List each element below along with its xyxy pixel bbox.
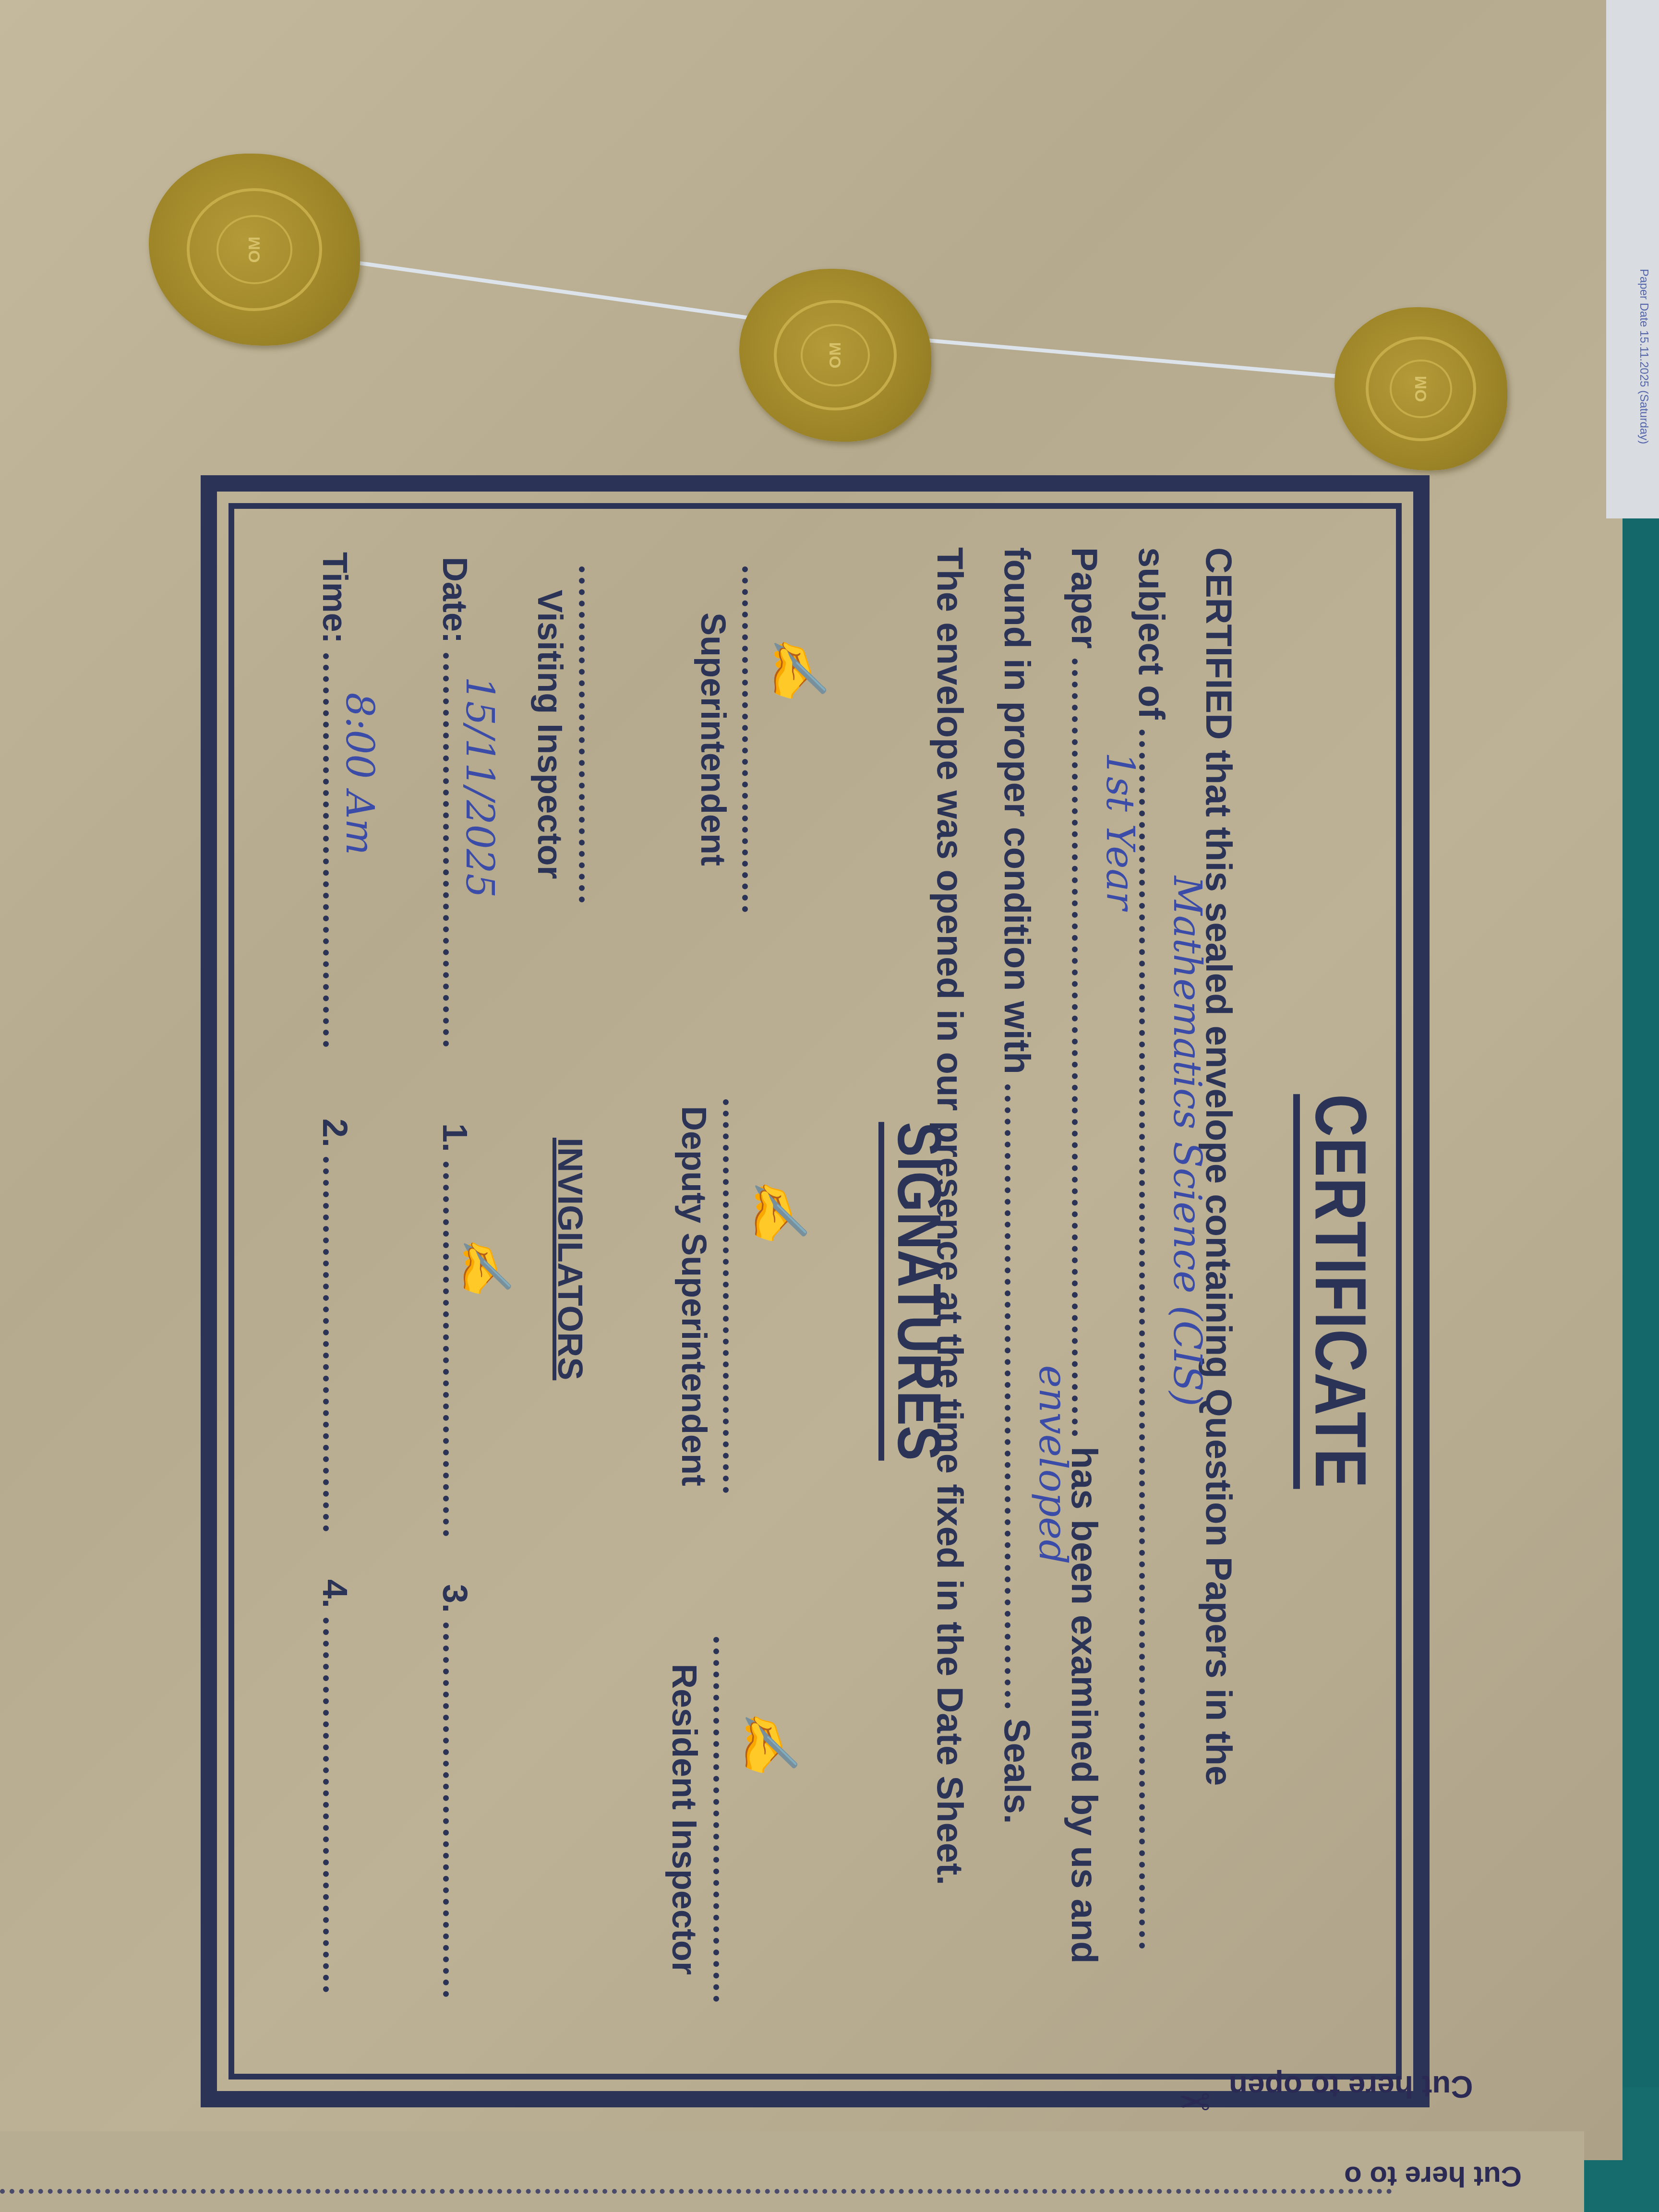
condition-line: found in proper condition with enveloped… [983, 547, 1050, 2035]
resident-inspector-signature[interactable]: ✍ Resident Inspector [664, 1637, 738, 2002]
superintendent-signature[interactable]: ✍ Superintendent [693, 566, 767, 912]
certificate-title: CERTIFICATE [1293, 475, 1377, 2107]
invigilator-number: 3. [435, 1584, 474, 1613]
time-value: 8:00 Am [337, 693, 382, 855]
invigilator-signature-line [323, 1618, 354, 1992]
deputy-superintendent-label: Deputy Superintendent [674, 1106, 713, 1486]
invigilator-signature-line: ✍ [443, 1162, 474, 1536]
subject-field[interactable]: Mathematics Science (CIS) [1139, 730, 1170, 1949]
date-value: 15/11/2025 [457, 676, 502, 898]
signature-scribble: ✍ [457, 1237, 514, 1297]
condition-label: found in proper condition with [997, 547, 1037, 1074]
signatures-title: SIGNATURES [878, 475, 950, 2107]
signature-scribble: ✍ [748, 1178, 810, 1244]
invigilators-heading: INVIGILATORS [550, 1138, 589, 1380]
invigilator-2[interactable]: 2. [315, 1118, 354, 1531]
invigilator-signature-line [323, 1157, 354, 1531]
date-row: Date: 15/11/2025 [435, 557, 474, 1046]
superintendent-label: Superintendent [694, 613, 732, 866]
signature-line [579, 566, 604, 902]
resident-inspector-label: Resident Inspector [665, 1664, 703, 1975]
visiting-inspector-label: Visiting Inspector [530, 590, 569, 879]
invigilator-signature-line [443, 1623, 474, 1997]
cut-here-label: Cut here to open [1229, 2069, 1473, 2104]
invigilator-number: 4. [315, 1579, 354, 1608]
condition-field[interactable]: enveloped [1005, 1084, 1035, 1708]
time-field[interactable]: 8:00 Am [323, 653, 354, 1047]
seal-center-text: OM [1412, 376, 1431, 402]
subject-value: Mathematics Science (CIS) [1154, 876, 1221, 1407]
paper-value: 1st Year [1086, 752, 1154, 910]
signature-line [713, 1637, 738, 2002]
invigilator-3[interactable]: 3. [435, 1584, 474, 1997]
certificate-form: CERTIFICATE CERTIFIED that this sealed e… [201, 475, 1430, 2107]
certificate-body: CERTIFIED that this sealed envelope cont… [916, 547, 1252, 2035]
paper-date-text: Paper Date 15.11.2025 (Saturday) [1637, 269, 1650, 444]
date-label: Date: [435, 557, 474, 643]
signature-scribble: ✍ [739, 1710, 801, 1776]
paper-label: Paper [1064, 547, 1105, 649]
invigilator-number: 1. [435, 1123, 474, 1152]
time-row: Time: 8:00 Am [315, 552, 354, 1047]
signature-line [723, 1099, 748, 1493]
subject-label: subject of [1131, 547, 1172, 720]
signatures-heading: SIGNATURES [878, 1122, 950, 1460]
invigilator-4[interactable]: 4. [315, 1579, 354, 1992]
signature-scribble: ✍ [768, 636, 829, 701]
paper-date-slip: Paper Date 15.11.2025 (Saturday) [1606, 0, 1659, 518]
paper-line: Paper 1st Year has been examined by us a… [1050, 547, 1118, 2035]
certificate-heading: CERTIFICATE [1293, 1094, 1377, 1489]
cut-here-label-lower: Cut here to o [1344, 2160, 1522, 2193]
cut-dotted-line[interactable] [0, 2189, 1392, 2194]
paper-date-label: Paper Date [1637, 269, 1650, 327]
seal-center-text: OM [826, 342, 845, 369]
signature-line [742, 566, 767, 912]
scissors-icon: ✂ [1178, 2079, 1211, 2123]
condition-value: enveloped [1019, 1365, 1086, 1564]
visiting-inspector-signature[interactable]: Visiting Inspector [530, 566, 604, 902]
date-field[interactable]: 15/11/2025 [443, 653, 474, 1046]
paper-field[interactable]: 1st Year [1072, 659, 1103, 1436]
seal-center-text: OM [245, 237, 264, 263]
seals-suffix: Seals. [997, 1719, 1037, 1824]
invigilator-1[interactable]: 1. ✍ [435, 1123, 474, 1536]
paper-date-value: 15.11.2025 (Saturday) [1637, 330, 1650, 444]
deputy-superintendent-signature[interactable]: ✍ Deputy Superintendent [674, 1099, 748, 1493]
invigilator-number: 2. [315, 1118, 354, 1147]
time-label: Time: [315, 552, 354, 644]
